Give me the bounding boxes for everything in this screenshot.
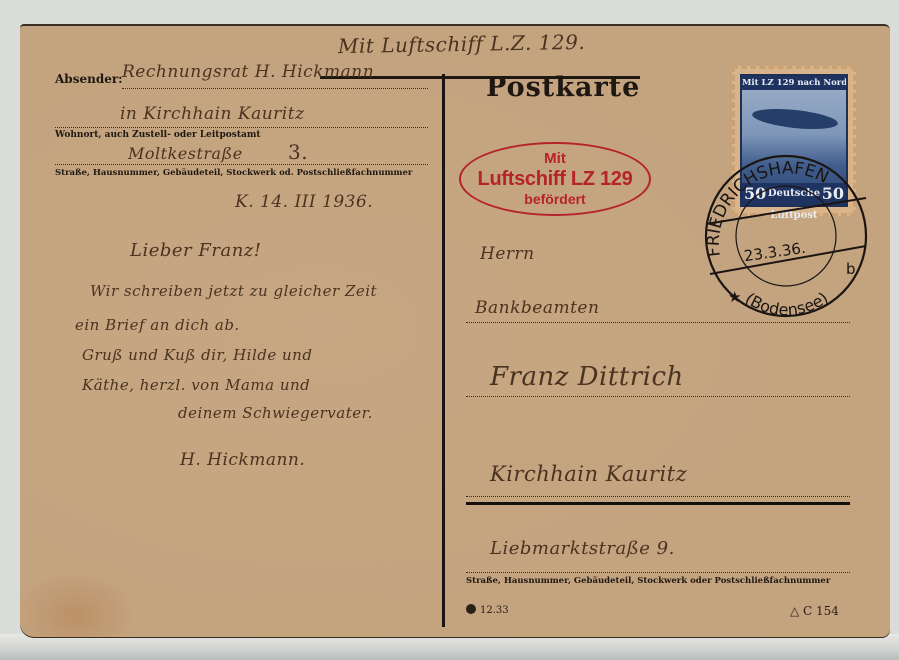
center-divider — [442, 74, 445, 627]
flight-note: Mit Luftschiff L.Z. 129. — [338, 30, 586, 58]
svg-text:(Bodensee): (Bodensee) — [742, 288, 832, 319]
sender-line-2 — [55, 127, 428, 128]
cachet-line-1: Mit — [461, 150, 649, 167]
print-code-left: 12.33 — [466, 604, 509, 616]
sender-place: in Kirchhain Kauritz — [120, 104, 305, 124]
postmark-suffix: b — [846, 260, 856, 278]
sender-name: Rechnungsrat H. Hickmann — [122, 62, 374, 82]
postmark-region: (Bodensee) — [742, 288, 832, 319]
recipient-line-4 — [466, 572, 850, 573]
print-code-right: △ C 154 — [790, 604, 839, 618]
print-date: 12.33 — [480, 605, 509, 616]
printer-emblem-icon — [466, 604, 476, 614]
sender-line-3 — [55, 164, 428, 165]
zeppelin-cachet: Mit Luftschiff LZ 129 befördert — [459, 142, 651, 216]
sender-label: Absender: — [55, 72, 123, 86]
message-line: ein Brief an dich ab. — [75, 316, 240, 334]
city-underline — [466, 502, 850, 505]
recipient-line-3 — [466, 496, 850, 497]
recipient-street: Liebmarktstraße 9. — [490, 538, 675, 559]
card-type-heading: Postkarte — [486, 72, 640, 103]
message-greeting: Lieber Franz! — [130, 240, 262, 261]
cachet-line-2: Luftschiff LZ 129 — [461, 168, 649, 191]
message-line: deinem Schwiegervater. — [178, 404, 373, 422]
sender-street: Moltkestraße — [128, 144, 243, 163]
postage-stamp: Mit LZ 129 nach Nordamerika 50 Deutsche … — [732, 66, 856, 216]
postcard: Mit Luftschiff L.Z. 129. Postkarte Absen… — [20, 24, 890, 638]
recipient-line-2 — [466, 396, 850, 397]
stamp-value-left: 50 — [744, 183, 766, 205]
sender-line-1 — [122, 88, 428, 89]
sender-house-number: 3. — [288, 140, 308, 164]
postmark-date: 23.3.36. — [743, 239, 807, 265]
stamp-value-right: 50 — [822, 183, 844, 205]
message-date: K. 14. III 1936. — [235, 192, 373, 212]
recipient-line-1 — [466, 322, 850, 323]
sender-street-label: Straße, Hausnummer, Gebäudeteil, Stockwe… — [55, 168, 412, 178]
recipient-title: Bankbeamten — [475, 298, 599, 318]
message-line: Gruß und Kuß dir, Hilde und — [82, 346, 312, 364]
cachet-line-3: befördert — [461, 191, 649, 207]
message-signature: H. Hickmann. — [180, 450, 305, 470]
recipient-salutation: Herrn — [480, 244, 535, 264]
sender-place-label: Wohnort, auch Zustell- oder Leitpostamt — [55, 130, 261, 140]
stamp-title: Mit LZ 129 nach Nordamerika — [742, 76, 846, 90]
stamp-image: Mit LZ 129 nach Nordamerika 50 Deutsche … — [740, 74, 848, 207]
message-line: Wir schreiben jetzt zu gleicher Zeit — [90, 282, 377, 300]
recipient-street-label: Straße, Hausnummer, Gebäudeteil, Stockwe… — [466, 576, 830, 586]
recipient-name: Franz Dittrich — [490, 362, 684, 392]
stamp-value-bar: 50 Deutsche Luftpost 50 — [742, 183, 846, 205]
star-icon: ★ — [728, 288, 741, 306]
stamp-caption: Deutsche Luftpost — [766, 183, 822, 227]
message-line: Käthe, herzl. von Mama und — [82, 376, 310, 394]
recipient-city: Kirchhain Kauritz — [490, 462, 687, 486]
zeppelin-icon — [751, 106, 838, 133]
